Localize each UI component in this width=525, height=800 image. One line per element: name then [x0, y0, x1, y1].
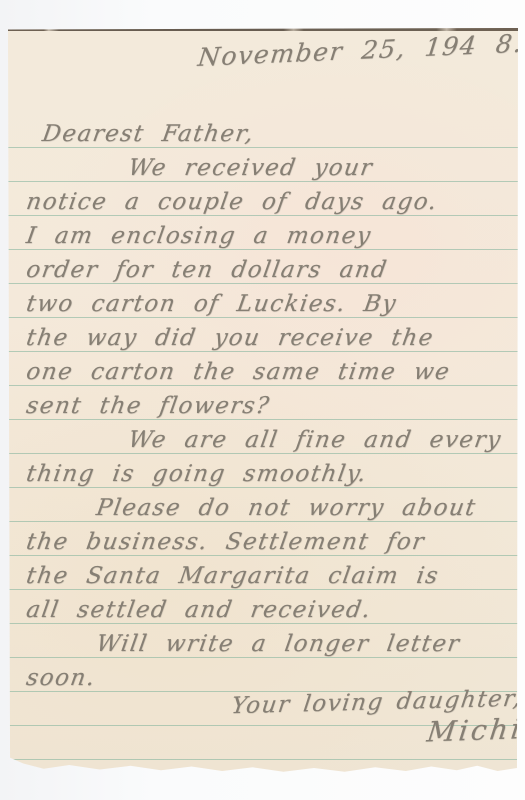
letter-line: order for ten dollars and	[8, 254, 525, 286]
letter-salutation: Dearest Father,	[8, 118, 525, 150]
letter-date: November 25, 194 8.	[8, 26, 525, 82]
scanned-letter: November 25, 194 8. Dearest Father, We r…	[0, 0, 525, 800]
letter-line: the Santa Margarita claim is	[8, 560, 525, 592]
letter-line: all settled and received.	[8, 594, 525, 626]
letter-line: We are all fine and every	[8, 424, 525, 456]
letter-line: Please do not worry about	[8, 492, 525, 524]
letter-line: notice a couple of days ago.	[8, 186, 525, 218]
letter-line: We received your	[8, 152, 525, 184]
letter-line: thing is going smoothly.	[8, 458, 525, 490]
letter-line: I am enclosing a money	[8, 220, 525, 252]
letter-line: Will write a longer letter	[8, 628, 525, 660]
letter-line: the business. Settlement for	[8, 526, 525, 558]
letter-line: sent the flowers?	[8, 390, 525, 422]
letter-line: two carton of Luckies. By	[8, 288, 525, 320]
letter-line: one carton the same time we	[8, 356, 525, 388]
letter-line: the way did you receive the	[8, 322, 525, 354]
letter-paper: November 25, 194 8. Dearest Father, We r…	[8, 28, 518, 774]
